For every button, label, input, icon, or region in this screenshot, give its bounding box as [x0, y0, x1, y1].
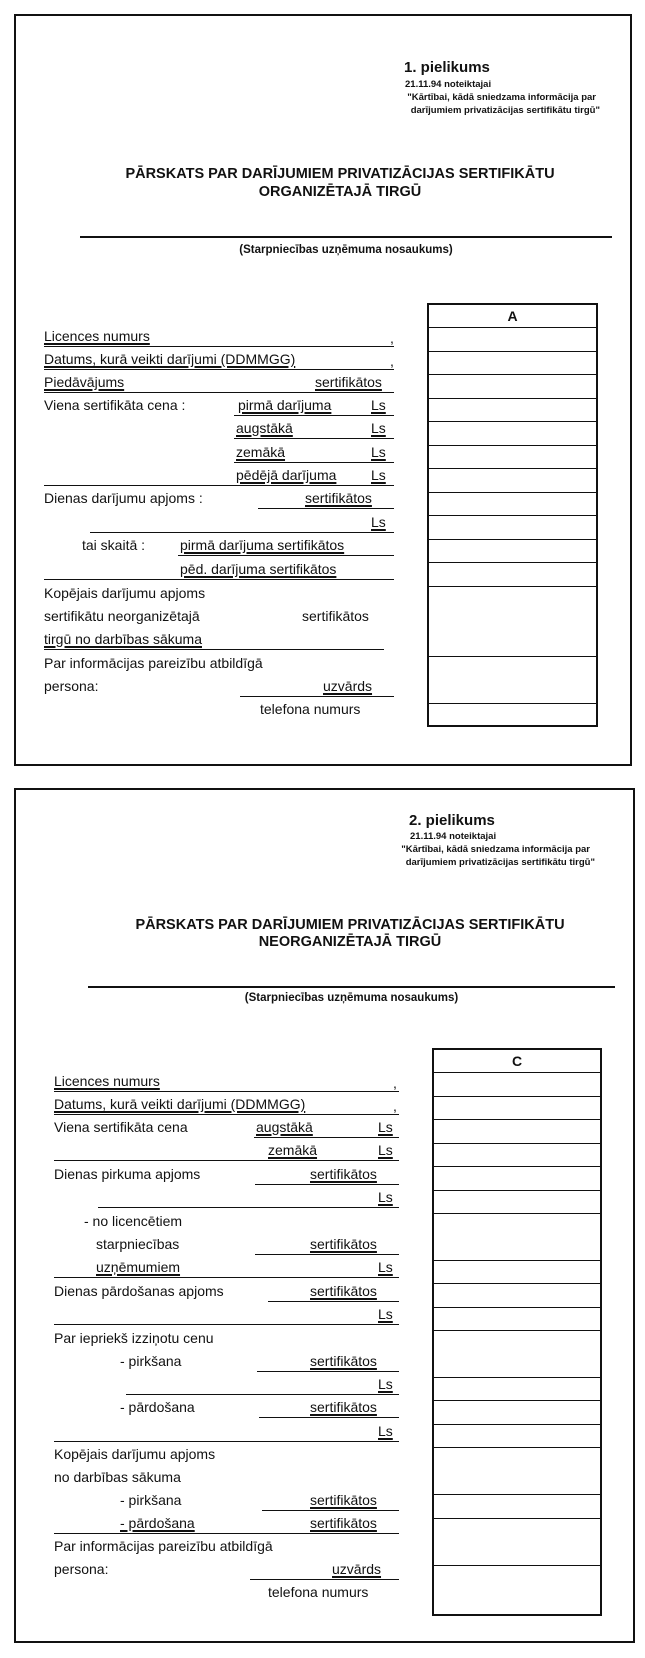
field-prev-buy-certs[interactable]	[434, 1330, 600, 1377]
date-label-2: Datums, kurā veikti darījumi (DDMMGG)	[54, 1096, 305, 1113]
field-sell-certs[interactable]	[434, 1283, 600, 1307]
field-licensed-ls[interactable]	[434, 1260, 600, 1283]
annex-2-reference-line1: "Kārtībai, kādā sniedzama informācija pa…	[401, 843, 590, 856]
field-volume-ls[interactable]	[429, 515, 596, 539]
responsible-person-label-2: Par informācijas pareizību atbildīgā	[54, 1538, 273, 1555]
field-phone[interactable]	[429, 703, 596, 727]
annex-2-reference-line2: darījumiem privatizācijas sertifikātu ti…	[406, 856, 595, 869]
price-high-label-2: augstākā	[256, 1119, 313, 1136]
column-c-header: C	[434, 1050, 600, 1072]
surname-label: uzvārds	[323, 678, 372, 695]
phone-label-2: telefona numurs	[268, 1584, 368, 1601]
field-sell-ls[interactable]	[434, 1307, 600, 1330]
responsible-person-label: Par informācijas pareizību atbildīgā	[44, 655, 263, 672]
field-price-first[interactable]	[429, 398, 596, 421]
price-label-2: Viena sertifikāta cena	[54, 1119, 188, 1136]
field-buy-ls[interactable]	[434, 1190, 600, 1213]
annex-1-reference-line2: darījumiem privatizācijas sertifikātu ti…	[411, 104, 600, 117]
field-buy-certs[interactable]	[434, 1166, 600, 1190]
field-total-volume[interactable]	[429, 586, 596, 656]
field-surname[interactable]	[429, 656, 596, 703]
field-price-low-2[interactable]	[434, 1143, 600, 1166]
offer-label: Piedāvājums	[44, 374, 124, 391]
including-label: tai skaitā :	[82, 537, 145, 554]
company-name-field[interactable]	[80, 236, 612, 238]
annex-1-title: 1. pielikums	[404, 59, 490, 76]
selling-label: - pārdošana	[120, 1399, 195, 1416]
column-c: C	[432, 1048, 602, 1616]
company-name-caption-2: (Starpniecības uzņēmuma nosaukums)	[88, 992, 615, 1004]
phone-label: telefona numurs	[260, 701, 360, 718]
licence-number-label-2: Licences numurs	[54, 1073, 160, 1090]
offer-unit: sertifikātos	[315, 374, 382, 391]
column-a: A	[427, 303, 598, 727]
form1-title-line2: ORGANIZĒTAJĀ TIRGŪ	[70, 183, 610, 201]
price-label: Viena sertifikāta cena :	[44, 397, 185, 414]
previous-price-label: Par iepriekš izziņotu cenu	[54, 1330, 214, 1347]
field-price-low[interactable]	[429, 445, 596, 468]
surname-label-2: uzvārds	[332, 1561, 381, 1578]
company-name-field-2[interactable]	[88, 986, 615, 988]
total-volume-label: Kopējais darījumu apjoms	[44, 585, 205, 602]
price-high-label: augstākā	[236, 420, 293, 437]
field-prev-sell-ls[interactable]	[434, 1424, 600, 1447]
field-licence-2[interactable]	[434, 1072, 600, 1096]
annex-2-title: 2. pielikums	[409, 812, 495, 829]
field-date[interactable]	[429, 351, 596, 374]
daily-volume-label: Dienas darījumu apjoms :	[44, 490, 203, 507]
annex-2-date: 21.11.94 noteiktajai	[410, 831, 496, 842]
field-licence[interactable]	[429, 327, 596, 351]
licence-number-label: Licences numurs	[44, 328, 150, 345]
price-low-label-2: zemākā	[268, 1142, 317, 1159]
field-phone-2[interactable]	[434, 1565, 600, 1614]
field-price-high[interactable]	[429, 421, 596, 445]
column-a-header: A	[429, 305, 596, 327]
form1-title-line1: PĀRSKATS PAR DARĪJUMIEM PRIVATIZĀCIJAS S…	[70, 165, 610, 183]
annex-1-reference-line1: "Kārtībai, kādā sniedzama informācija pa…	[407, 91, 596, 104]
field-total-buy[interactable]	[434, 1447, 600, 1494]
licensed-intermediaries-label: - no licencētiem	[84, 1213, 182, 1230]
date-label: Datums, kurā veikti darījumi (DDMMGG)	[44, 351, 295, 368]
field-volume-certs[interactable]	[429, 492, 596, 515]
total-volume-label-2: Kopējais darījumu apjoms	[54, 1446, 215, 1463]
price-last-label: pēdējā darījuma	[236, 467, 336, 484]
daily-buy-label: Dienas pirkuma apjoms	[54, 1166, 200, 1183]
field-surname-2[interactable]	[434, 1518, 600, 1565]
total-selling-label: - pārdošana	[120, 1515, 195, 1532]
field-offer[interactable]	[429, 374, 596, 398]
price-first-label: pirmā darījuma	[238, 397, 331, 414]
annex-1-date: 21.11.94 noteiktajai	[405, 79, 491, 90]
company-name-caption: (Starpniecības uzņēmuma nosaukums)	[80, 244, 612, 256]
price-low-label: zemākā	[236, 444, 285, 461]
field-last-deal-certs[interactable]	[429, 562, 596, 586]
form2-title-line1: PĀRSKATS PAR DARĪJUMIEM PRIVATIZĀCIJAS S…	[80, 916, 620, 934]
total-buying-label: - pirkšana	[120, 1492, 181, 1509]
field-prev-buy-ls[interactable]	[434, 1377, 600, 1400]
field-prev-sell-certs[interactable]	[434, 1400, 600, 1424]
including-last-label: pēd. darījuma sertifikātos	[180, 561, 336, 578]
daily-sell-label: Dienas pārdošanas apjoms	[54, 1283, 224, 1300]
field-price-high-2[interactable]	[434, 1119, 600, 1143]
field-first-deal-certs[interactable]	[429, 539, 596, 562]
field-total-sell[interactable]	[434, 1494, 600, 1518]
buying-label: - pirkšana	[120, 1353, 181, 1370]
field-date-2[interactable]	[434, 1096, 600, 1119]
field-price-last[interactable]	[429, 468, 596, 492]
field-licensed-certs[interactable]	[434, 1213, 600, 1260]
including-first-label: pirmā darījuma sertifikātos	[180, 537, 344, 554]
form2-title-line2: NEORGANIZĒTAJĀ TIRGŪ	[80, 933, 620, 951]
